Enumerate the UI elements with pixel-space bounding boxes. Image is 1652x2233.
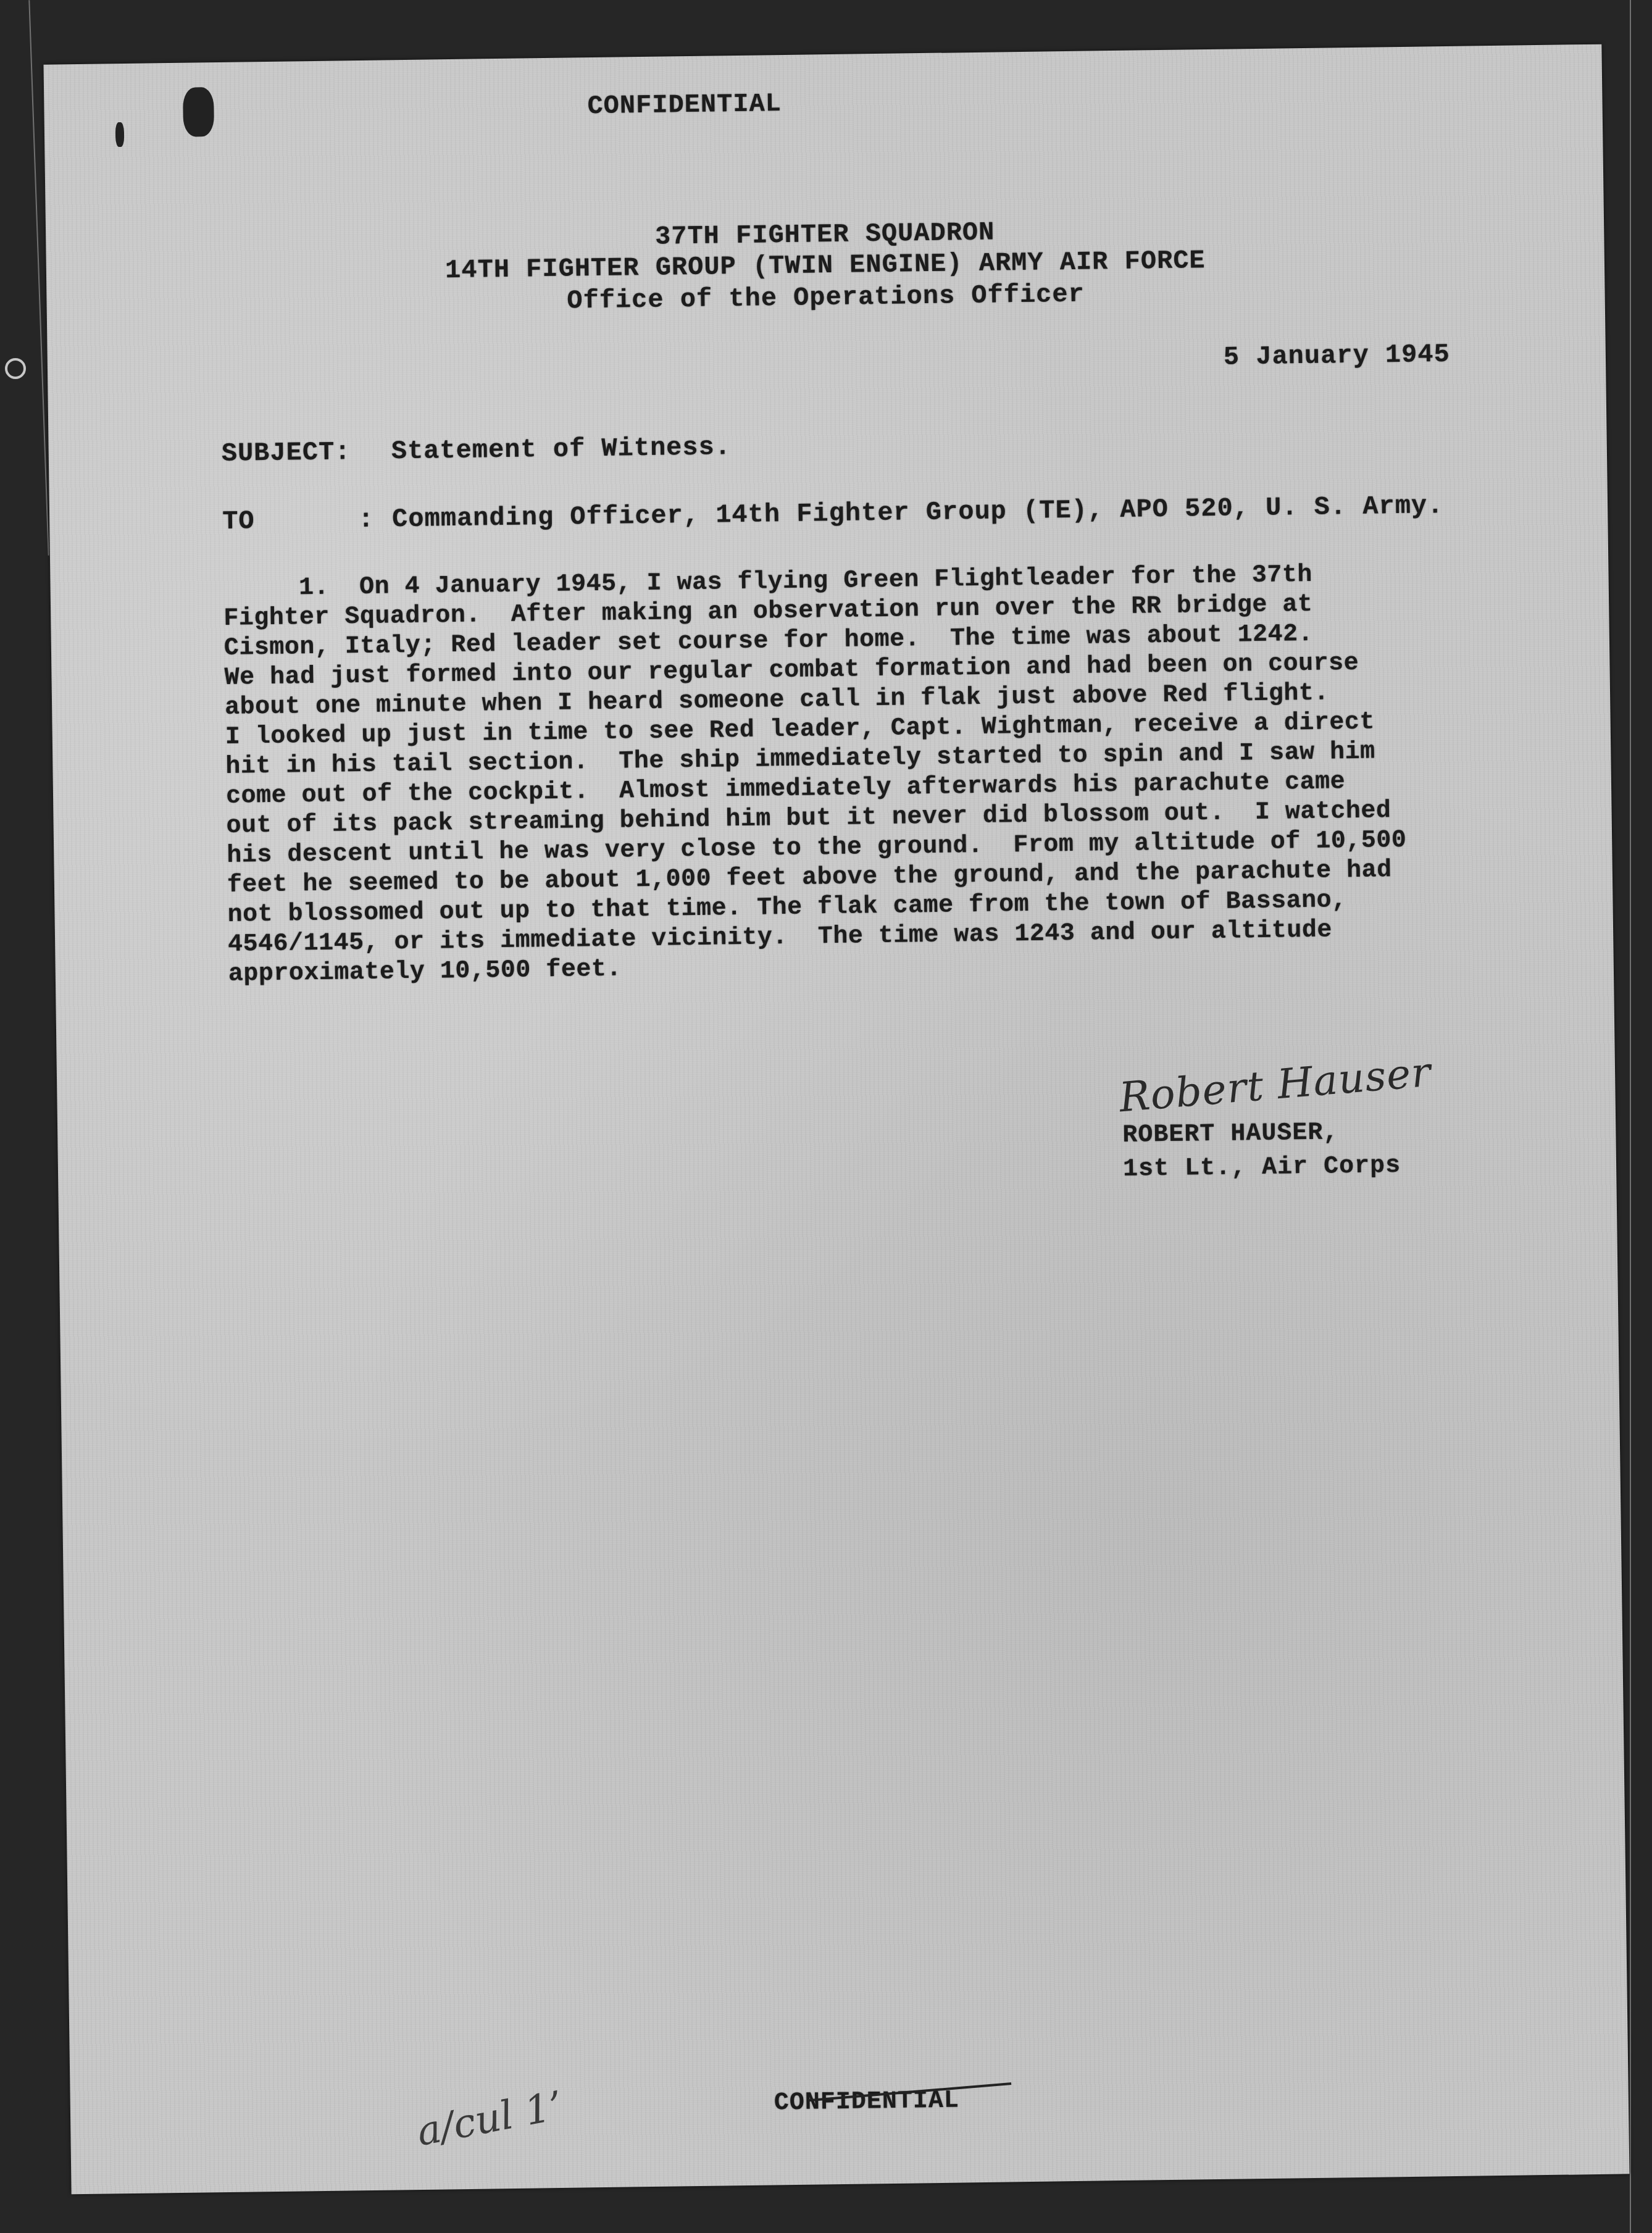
handwritten-annotation: a/cul 1’ — [413, 2083, 566, 2155]
subject-label: SUBJECT: — [221, 437, 351, 469]
ink-blot — [183, 87, 214, 137]
film-scratch — [1630, 0, 1631, 2233]
to-value: Commanding Officer, 14th Fighter Group (… — [392, 491, 1444, 534]
film-artifact-ring — [5, 358, 26, 379]
document-page: CONFIDENTIAL 37TH FIGHTER SQUADRON 14TH … — [44, 44, 1630, 2195]
signatory-name: ROBERT HAUSER, — [1122, 1119, 1339, 1150]
subject-value: Statement of Witness. — [391, 432, 731, 466]
to-colon: : — [358, 505, 375, 535]
ink-blot — [115, 122, 125, 147]
handwritten-signature: Robert Hauser — [1117, 1048, 1433, 1122]
classification-footer: CONFIDENTIAL — [774, 2087, 960, 2118]
signatory-rank: 1st Lt., Air Corps — [1123, 1152, 1401, 1183]
document-date: 5 January 1945 — [1224, 340, 1450, 372]
witness-statement-paragraph: 1. On 4 January 1945, I was flying Green… — [223, 556, 1617, 989]
to-label: TO — [222, 506, 255, 536]
classification-header: CONFIDENTIAL — [587, 89, 782, 121]
